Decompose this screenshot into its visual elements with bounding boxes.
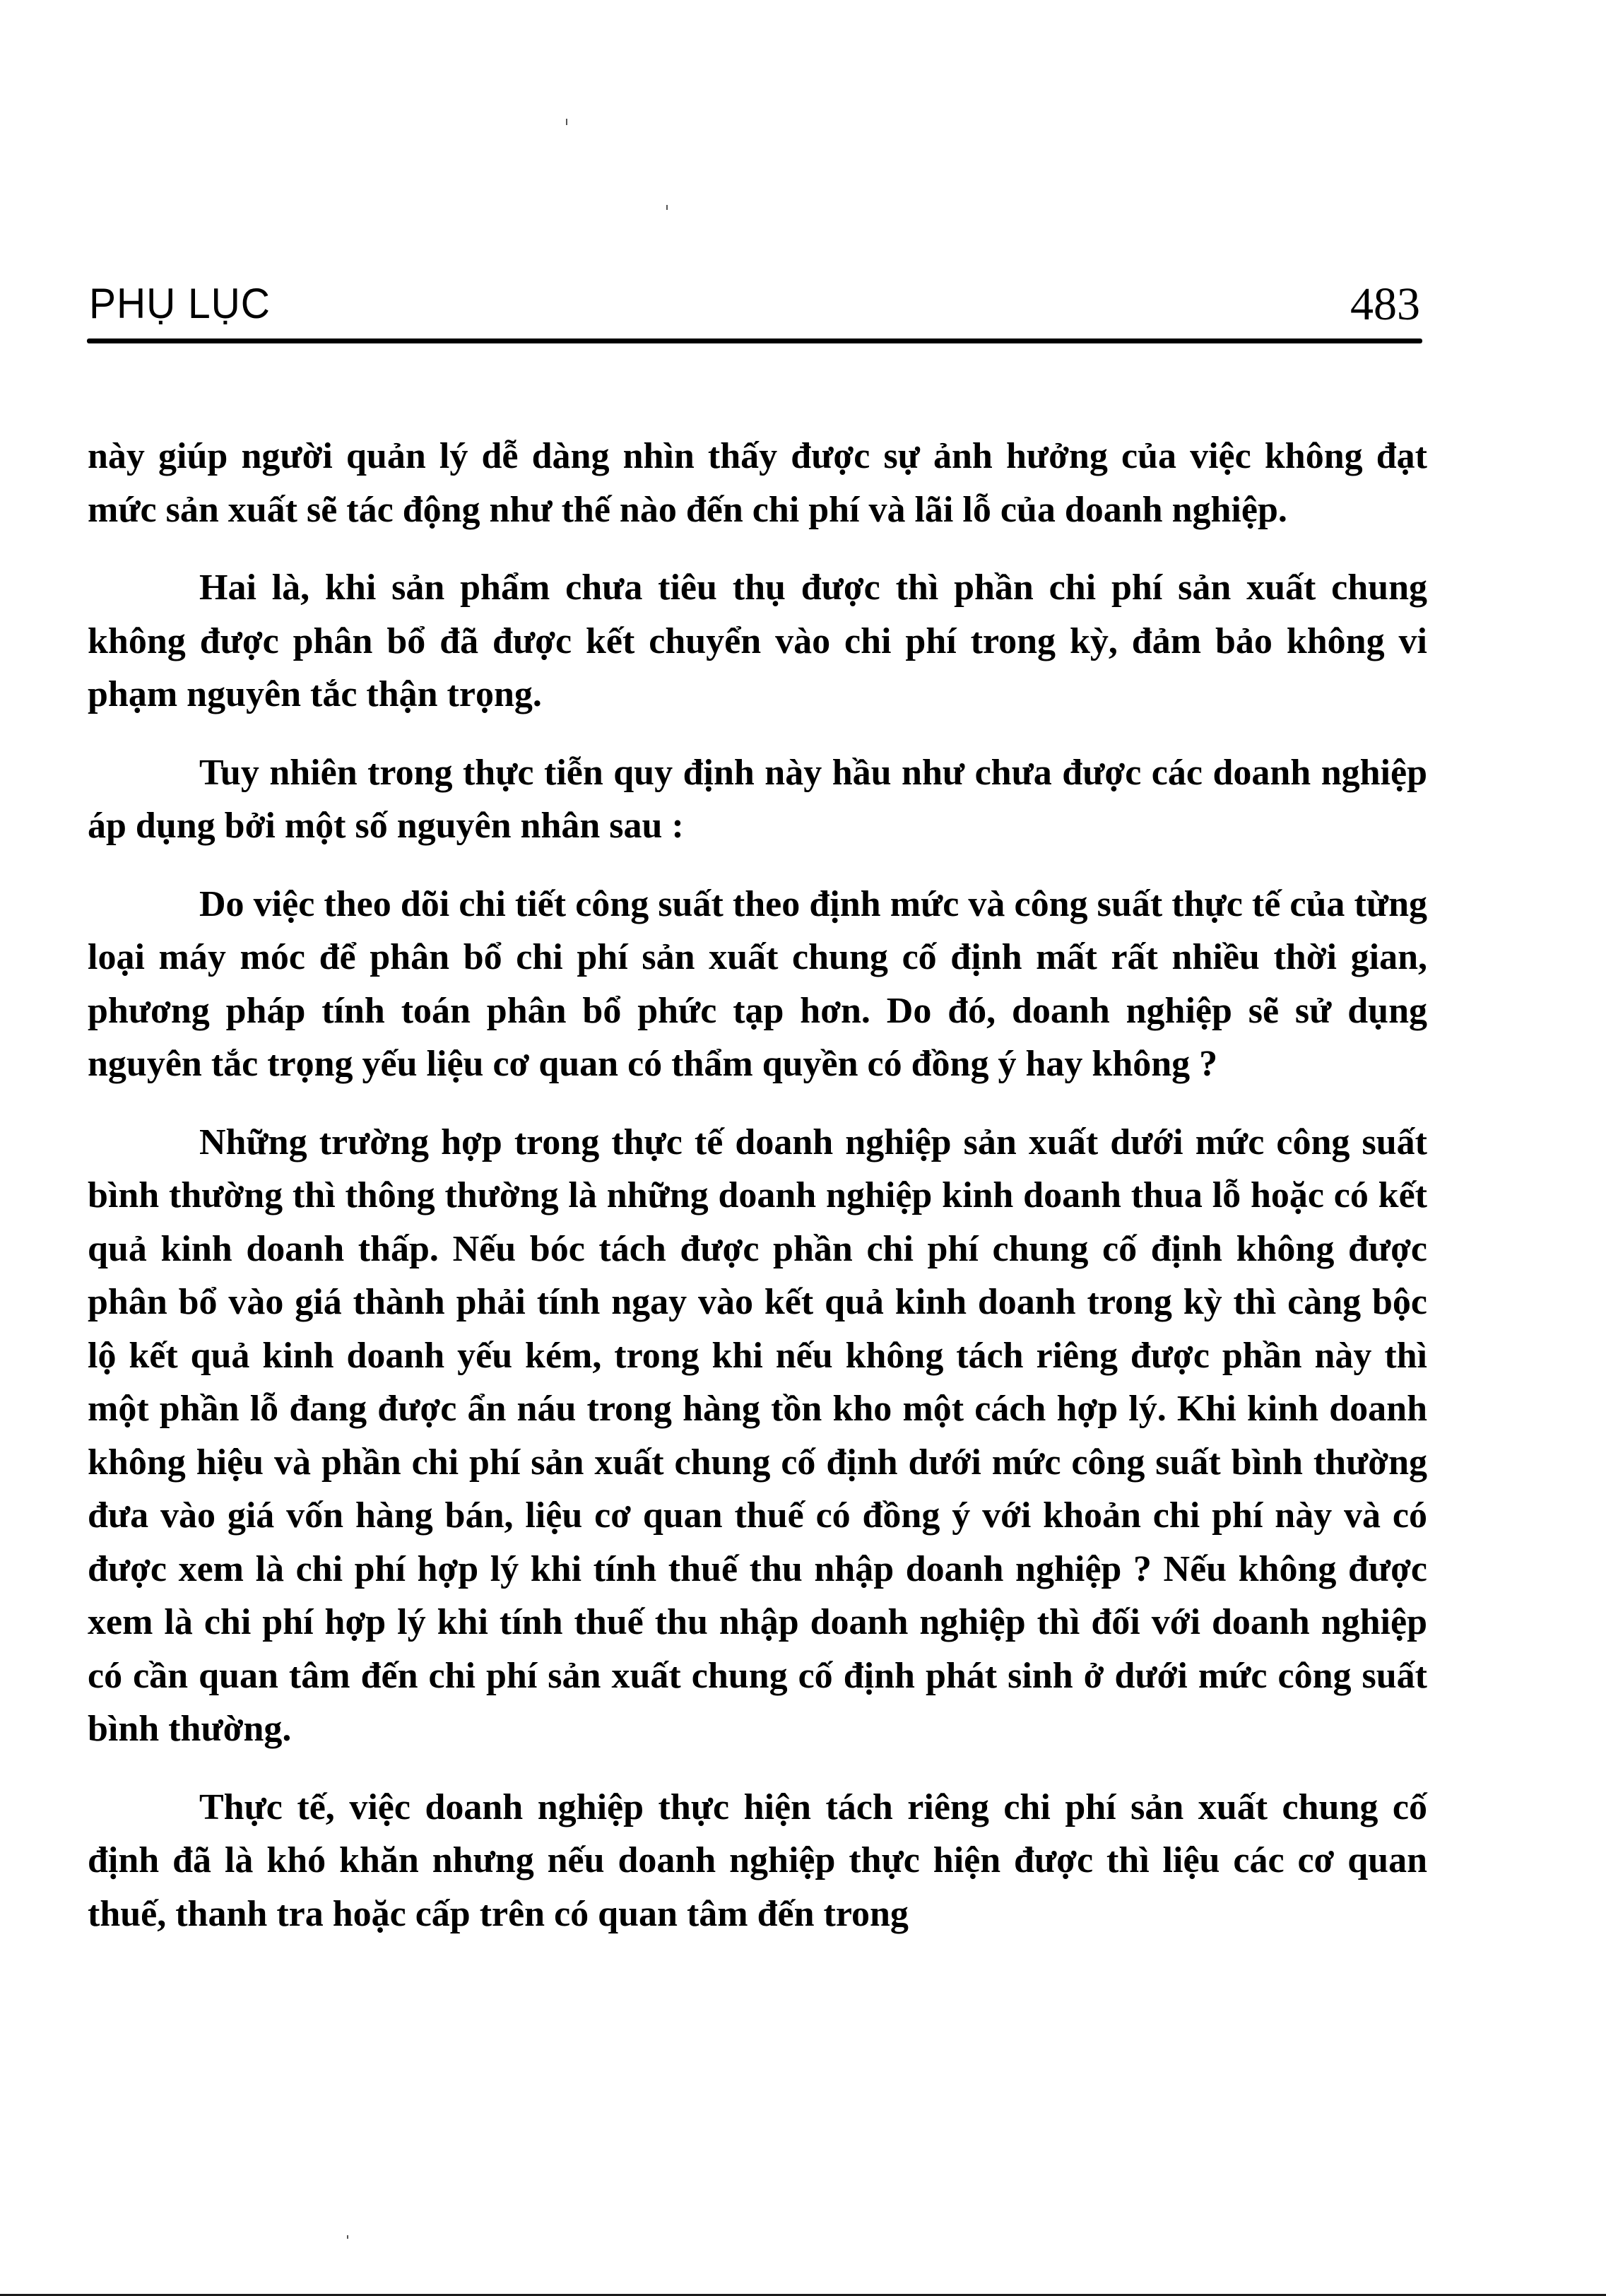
page-number: 483	[1350, 280, 1420, 329]
book-page: PHỤ LỤC 483 này giúp người quản lý dễ dà…	[0, 0, 1606, 2296]
body-text: này giúp người quản lý dễ dàng nhìn thấy…	[88, 430, 1427, 1965]
section-label: PHỤ LỤC	[89, 281, 271, 326]
header-rule	[87, 338, 1422, 343]
paragraph-3: Tuy nhiên trong thực tiễn quy định này h…	[88, 746, 1427, 853]
paragraph-2: Hai là, khi sản phẩm chưa tiêu thụ được …	[88, 561, 1427, 722]
scan-speck	[566, 119, 567, 125]
paragraph-5: Những trường hợp trong thực tế doanh ngh…	[88, 1116, 1427, 1756]
paragraph-6: Thực tế, việc doanh nghiệp thực hiện tác…	[88, 1781, 1427, 1941]
scan-speck	[666, 205, 668, 210]
paragraph-4: Do việc theo dõi chi tiết công suất theo…	[88, 878, 1427, 1091]
paragraph-1: này giúp người quản lý dễ dàng nhìn thấy…	[88, 430, 1427, 536]
scan-speck	[347, 2235, 348, 2239]
running-header: PHỤ LỤC 483	[88, 281, 1423, 331]
